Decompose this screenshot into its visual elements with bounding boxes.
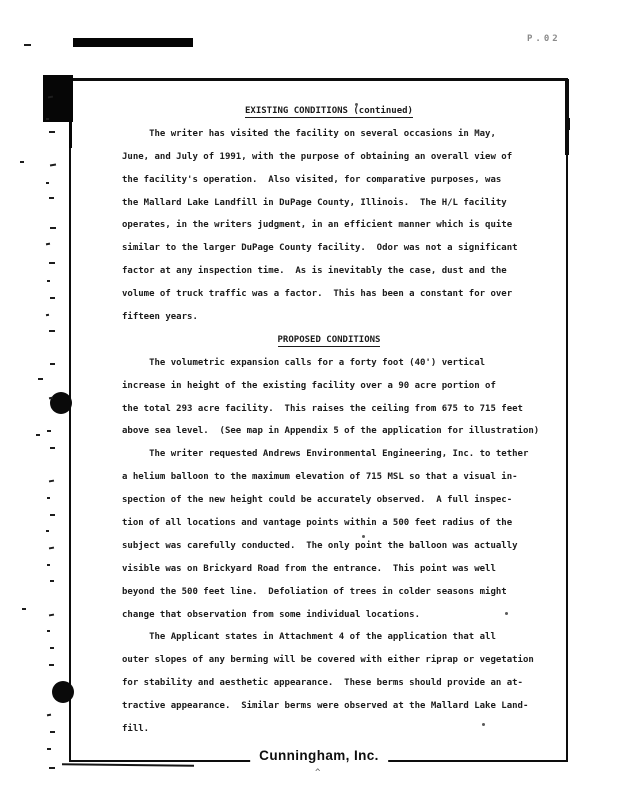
text-line: fifteen years. — [122, 306, 536, 329]
text-line: tractive appearance. Similar berms were … — [122, 695, 536, 718]
scan-tick-mark — [38, 378, 43, 380]
text-line: above sea level. (See map in Appendix 5 … — [122, 420, 536, 443]
text-line: The writer requested Andrews Environment… — [122, 443, 536, 466]
text-line: tion of all locations and vantage points… — [122, 512, 536, 535]
scan-tick-mark — [49, 131, 55, 133]
scan-tick-mark — [24, 44, 31, 46]
text-line: The Applicant states in Attachment 4 of … — [122, 626, 536, 649]
text-line: operates, in the writers judgment, in an… — [122, 214, 536, 237]
text-line: outer slopes of any berming will be cove… — [122, 649, 536, 672]
scan-speck — [482, 723, 485, 726]
scan-tick-mark — [50, 580, 54, 582]
scan-speck — [362, 535, 365, 538]
scan-tick-mark — [50, 731, 55, 733]
redaction-bar — [73, 38, 193, 47]
scan-tick-mark — [47, 564, 50, 566]
scan-tick-mark — [47, 497, 50, 499]
text-line: subject was carefully conducted. The onl… — [122, 535, 536, 558]
scan-tick-mark — [46, 243, 50, 246]
scan-tick-mark — [49, 664, 54, 666]
scan-tick-mark — [47, 714, 51, 717]
scan-tick-mark — [22, 608, 26, 610]
document-body-text: EXISTING CONDITIONS (continued) The writ… — [122, 100, 536, 741]
scan-tick-mark — [50, 297, 55, 299]
text-line: factor at any inspection time. As is ine… — [122, 260, 536, 283]
scan-tick-mark — [47, 280, 50, 282]
text-line: The volumetric expansion calls for a for… — [122, 352, 536, 375]
corner-binding-mark-tail — [69, 122, 72, 148]
scan-tick-mark — [46, 118, 49, 120]
fax-page-number: P.02 — [527, 34, 561, 44]
text-line: the total 293 acre facility. This raises… — [122, 398, 536, 421]
scan-tick-mark — [49, 480, 54, 483]
scan-artifact-line — [62, 763, 194, 766]
text-line: June, and July of 1991, with the purpose… — [122, 146, 536, 169]
scan-tick-mark — [49, 262, 55, 264]
text-line: visible was on Brickyard Road from the e… — [122, 558, 536, 581]
scan-speck — [355, 103, 358, 106]
text-line: the Mallard Lake Landfill in DuPage Coun… — [122, 192, 536, 215]
scan-tick-mark — [47, 430, 51, 432]
text-line: similar to the larger DuPage County faci… — [122, 237, 536, 260]
section-heading-text: EXISTING CONDITIONS (continued) — [245, 106, 413, 118]
scan-tick-mark — [50, 514, 55, 516]
text-line: The writer has visited the facility on s… — [122, 123, 536, 146]
hole-punch-icon — [50, 392, 72, 414]
company-footer: Cunningham, Inc. — [250, 748, 388, 763]
text-line: beyond the 500 feet line. Defoliation of… — [122, 581, 536, 604]
text-line: a helium balloon to the maximum elevatio… — [122, 466, 536, 489]
scanned-document-page: P.02 EXISTING CONDITIONS (continued) The… — [0, 0, 618, 800]
section-heading: PROPOSED CONDITIONS — [122, 329, 536, 352]
text-line: change that observation from some indivi… — [122, 604, 536, 627]
footer-caret-mark: ^ — [315, 768, 320, 778]
scan-tick-mark — [50, 363, 55, 365]
scan-tick-mark — [49, 767, 55, 769]
page-border-right-thick — [565, 79, 569, 155]
section-heading: EXISTING CONDITIONS (continued) — [122, 100, 536, 123]
text-line: volume of truck traffic was a factor. Th… — [122, 283, 536, 306]
scan-tick-mark — [36, 434, 40, 436]
scan-tick-mark — [50, 227, 56, 229]
scan-tick-mark — [47, 630, 50, 632]
text-line: for stability and aesthetic appearance. … — [122, 672, 536, 695]
scan-tick-mark — [50, 163, 56, 166]
scan-tick-mark — [49, 614, 54, 617]
text-line: fill. — [122, 718, 536, 741]
text-line: the facility's operation. Also visited, … — [122, 169, 536, 192]
text-line: increase in height of the existing facil… — [122, 375, 536, 398]
scan-tick-mark — [47, 748, 51, 750]
scan-tick-mark — [46, 182, 49, 184]
scan-tick-mark — [46, 530, 49, 532]
hole-punch-icon — [52, 681, 74, 703]
scan-artifact — [566, 118, 570, 130]
scan-tick-mark — [50, 447, 55, 449]
section-heading-text: PROPOSED CONDITIONS — [278, 335, 381, 347]
scan-tick-mark — [49, 197, 54, 199]
text-line: spection of the new height could be accu… — [122, 489, 536, 512]
scan-speck — [505, 612, 508, 615]
scan-tick-mark — [20, 161, 24, 163]
scan-tick-mark — [50, 647, 54, 649]
scan-tick-mark — [46, 314, 49, 316]
scan-tick-mark — [49, 547, 54, 550]
scan-tick-mark — [49, 330, 55, 332]
scan-speck — [167, 428, 170, 431]
